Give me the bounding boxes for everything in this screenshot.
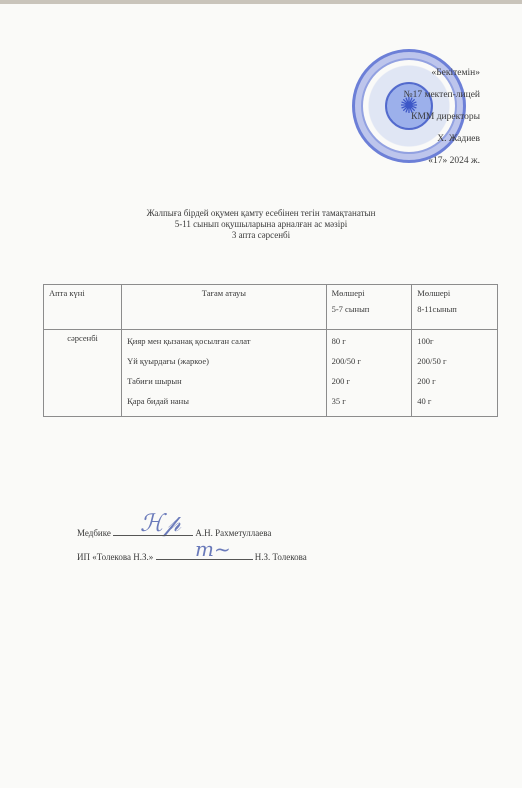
title-line: 3 апта сәрсенбі: [0, 230, 522, 241]
dish-cell: Қияр мен қызанақ қосылған салат Үй қуырд…: [122, 330, 326, 417]
document-title: Жалпыға бірдей оқумен қамту есебінен тег…: [0, 208, 522, 241]
approval-line: Х. Жадиев: [404, 128, 480, 150]
title-line: 5-11 сынып оқушыларына арналған ас мәзір…: [0, 219, 522, 230]
header-portion-8-11: Мөлшері 8-11сынып: [412, 285, 498, 330]
portion-8-11-cell: 100г 200/50 г 200 г 40 г: [412, 330, 498, 417]
document-page: ✺ «Бекітемін» №17 мектеп-лицей КММ дирек…: [0, 0, 522, 788]
signature-blank: [113, 535, 193, 536]
approval-line: КММ директоры: [404, 106, 480, 128]
day-cell: сәрсенбі: [44, 330, 122, 417]
nurse-signature-line: Медбике А.Н. Рахметуллаева: [77, 528, 271, 538]
menu-table: Апта күні Тағам атауы Мөлшері 5-7 сынып …: [43, 284, 498, 417]
table-header-row: Апта күні Тағам атауы Мөлшері 5-7 сынып …: [44, 285, 498, 330]
title-line: Жалпыға бірдей оқумен қамту есебінен тег…: [0, 208, 522, 219]
approval-line: №17 мектеп-лицей: [404, 84, 480, 106]
header-portion-5-7: Мөлшері 5-7 сынып: [326, 285, 412, 330]
header-dish: Тағам атауы: [122, 285, 326, 330]
signature-blank: [156, 559, 253, 560]
approval-line: «Бекітемін»: [404, 62, 480, 84]
table-row: сәрсенбі Қияр мен қызанақ қосылған салат…: [44, 330, 498, 417]
portion-5-7-cell: 80 г 200/50 г 200 г 35 г: [326, 330, 412, 417]
header-day: Апта күні: [44, 285, 122, 330]
approval-block: «Бекітемін» №17 мектеп-лицей КММ директо…: [404, 62, 480, 172]
ip-signature-line: ИП «Толекова Н.З.» Н.З. Толекова: [77, 552, 307, 562]
approval-date: «17» 2024 ж.: [404, 150, 480, 172]
